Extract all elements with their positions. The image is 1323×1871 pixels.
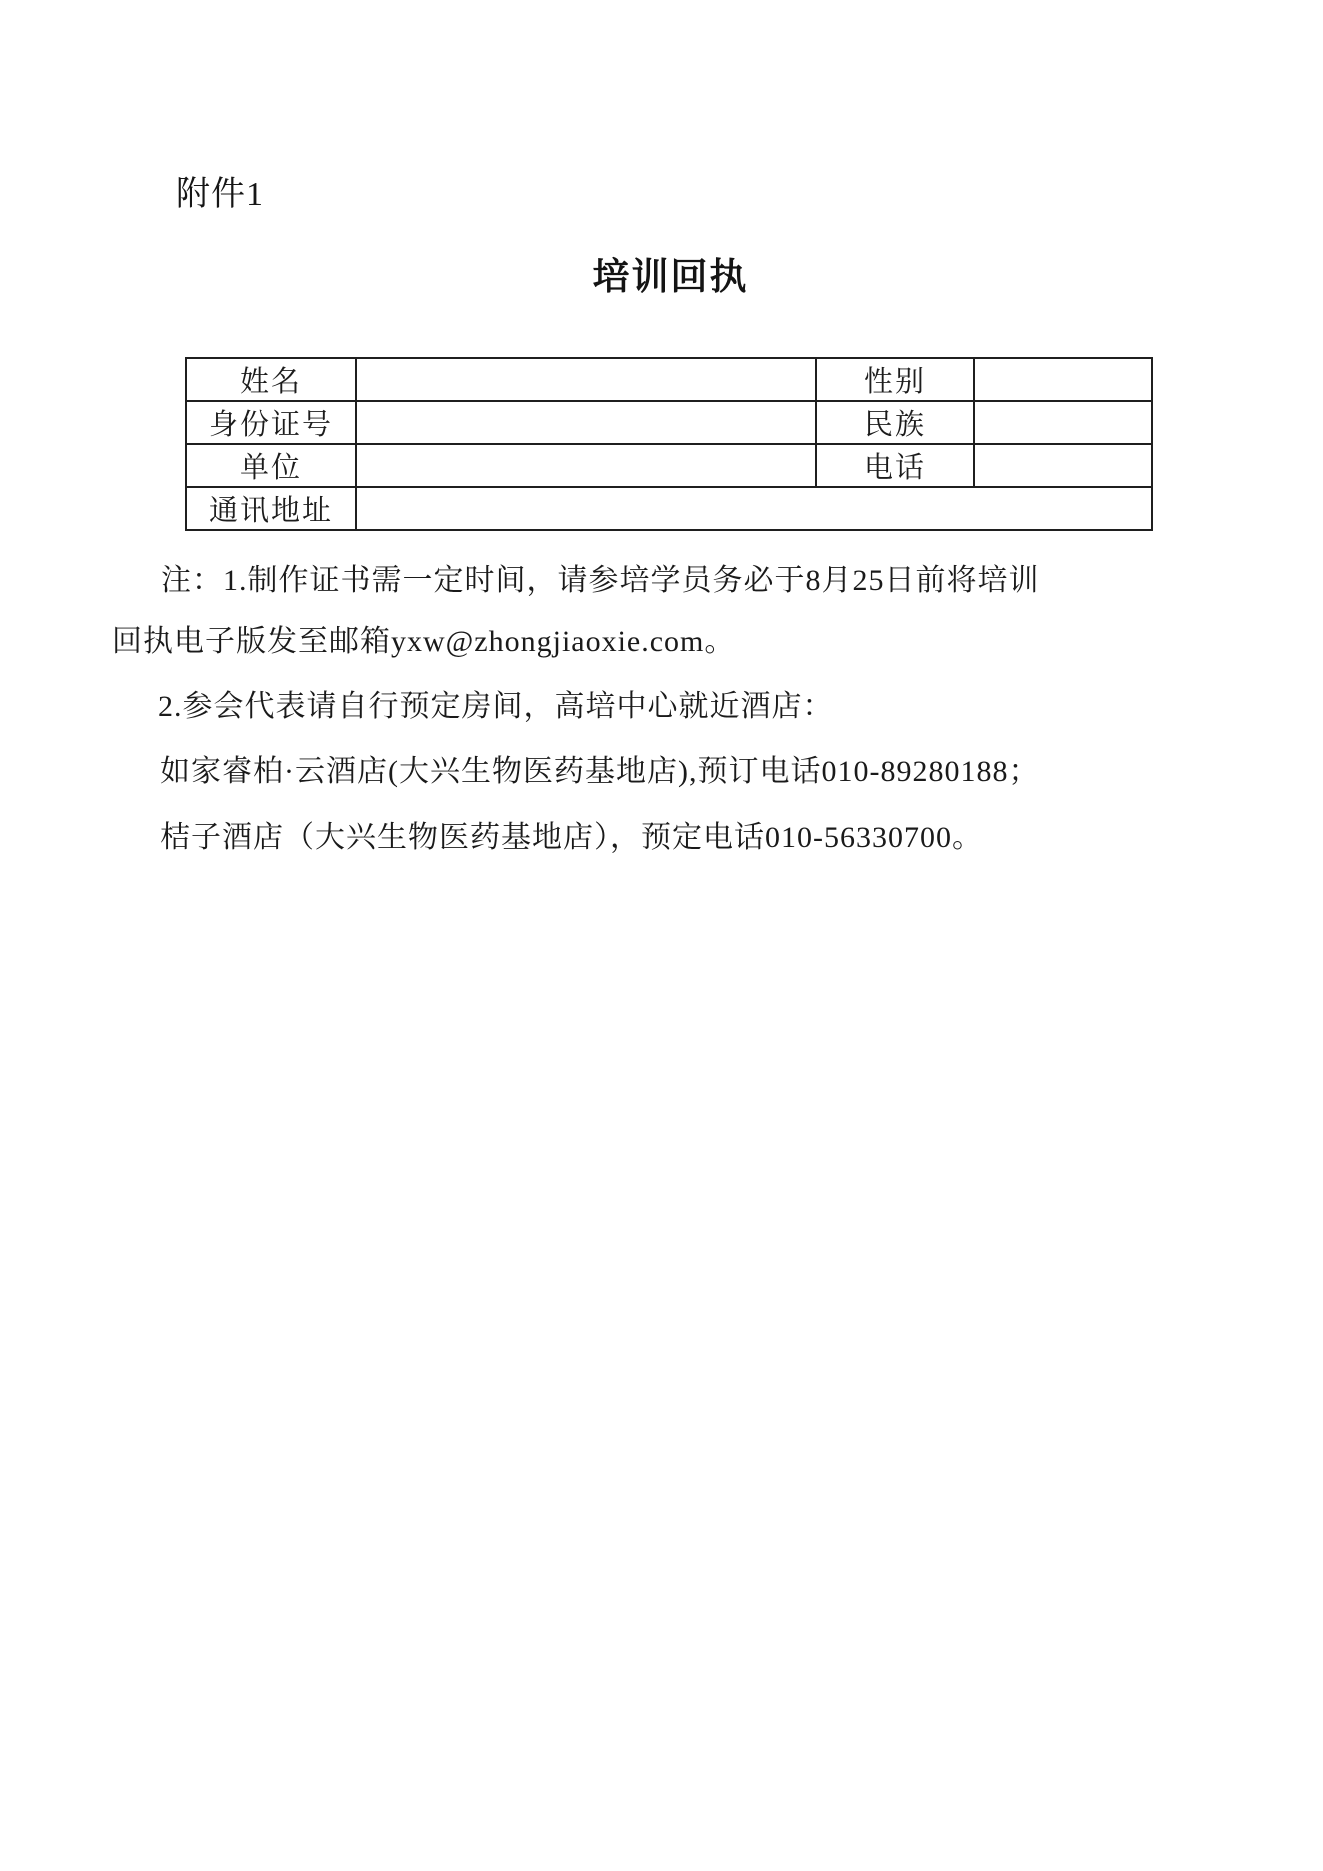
field-value-name [356,358,816,401]
scanned-document-page: 附件1 培训回执 姓名 性别 身份证号 民族 单位 电话 通讯地址 注：1.制作… [0,0,1323,1871]
field-label-ethnicity: 民族 [816,401,974,444]
field-label-unit: 单位 [186,444,356,487]
field-label-name: 姓名 [186,358,356,401]
note-line-hotel-2: 桔子酒店（大兴生物医药基地店），预定电话010-56330700。 [160,812,983,856]
field-value-address [356,487,1152,530]
field-label-address: 通讯地址 [186,487,356,530]
field-value-gender [974,358,1152,401]
note-line-email: 回执电子版发至邮箱yxw@zhongjiaoxie.com。 [112,616,735,660]
field-label-phone: 电话 [816,444,974,487]
table-row-name-gender: 姓名 性别 [186,358,1152,401]
document-title: 培训回执 [0,246,1323,300]
table-row-address: 通讯地址 [186,487,1152,530]
field-value-ethnicity [974,401,1152,444]
field-label-id-number: 身份证号 [186,401,356,444]
table-row-id-ethnicity: 身份证号 民族 [186,401,1152,444]
field-label-gender: 性别 [816,358,974,401]
note-line-hotel-intro: 2.参会代表请自行预定房间，高培中心就近酒店： [158,681,834,725]
field-value-unit [356,444,816,487]
field-value-phone [974,444,1152,487]
registration-form-table: 姓名 性别 身份证号 民族 单位 电话 通讯地址 [185,357,1153,531]
table-row-unit-phone: 单位 电话 [186,444,1152,487]
attachment-label: 附件1 [176,166,264,215]
field-value-id-number [356,401,816,444]
note-line-certificate-deadline: 注：1.制作证书需一定时间，请参培学员务必于8月25日前将培训 [161,555,1040,599]
note-line-hotel-1: 如家睿柏·云酒店(大兴生物医药基地店),预订电话010-89280188； [160,746,1039,790]
